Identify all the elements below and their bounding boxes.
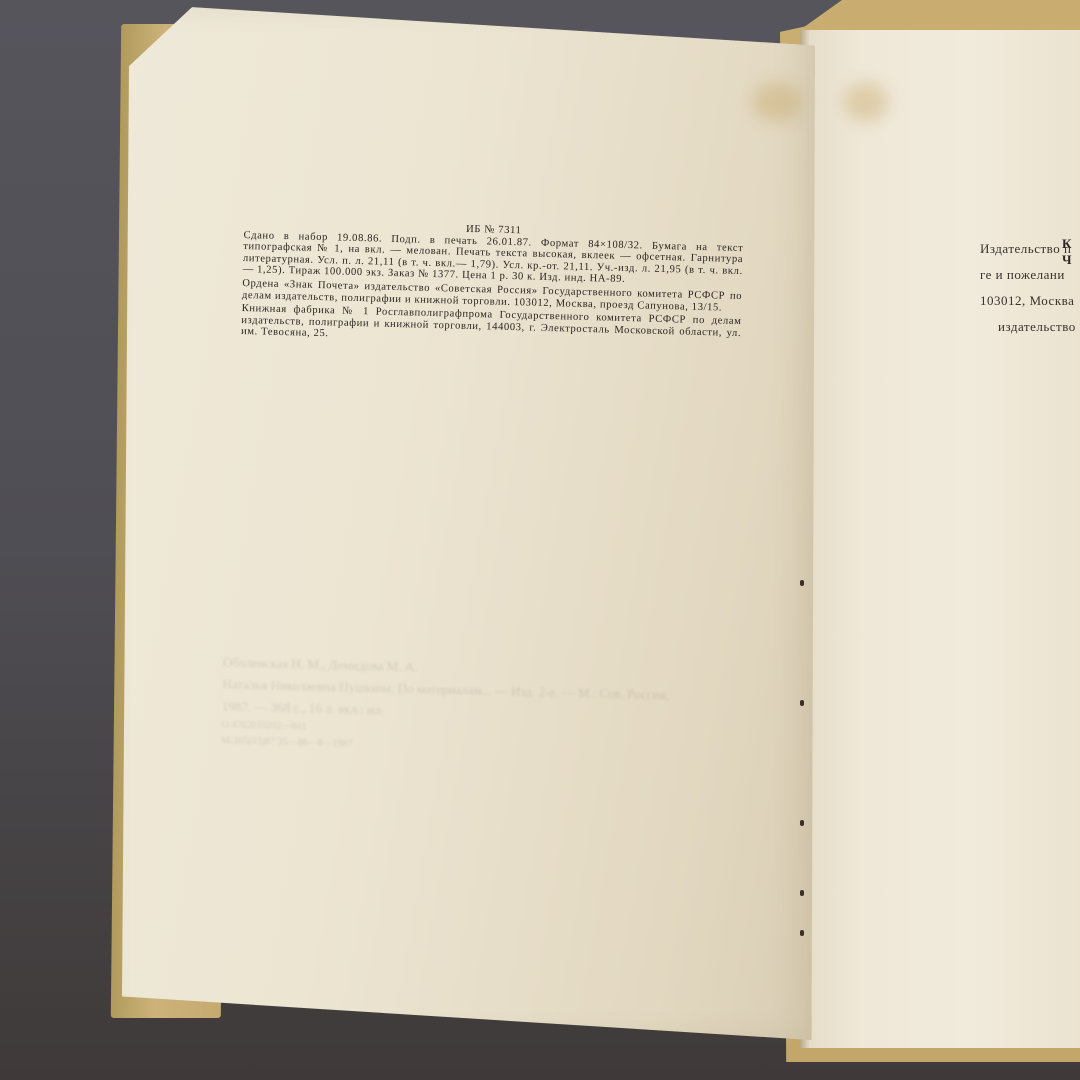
right-page bbox=[806, 30, 1080, 1048]
right-line: ге и пожелани bbox=[980, 262, 1080, 288]
right-page-text: Издательство п ге и пожелани 103012, Мос… bbox=[980, 236, 1080, 340]
right-line: издательство bbox=[980, 314, 1080, 340]
left-page bbox=[122, 4, 822, 1040]
show-through-text: Оболенская Н. М., Демидова М. А. Наталья… bbox=[221, 653, 763, 764]
page-stain bbox=[752, 82, 802, 122]
right-line: 103012, Москва bbox=[980, 288, 1080, 314]
page-stain bbox=[844, 82, 888, 122]
binding-thread-holes bbox=[800, 560, 806, 960]
colophon-block: ИБ № 7311 Сдано в набор 19.08.86. Подп. … bbox=[241, 218, 744, 353]
right-line: Издательство п bbox=[980, 236, 1080, 262]
